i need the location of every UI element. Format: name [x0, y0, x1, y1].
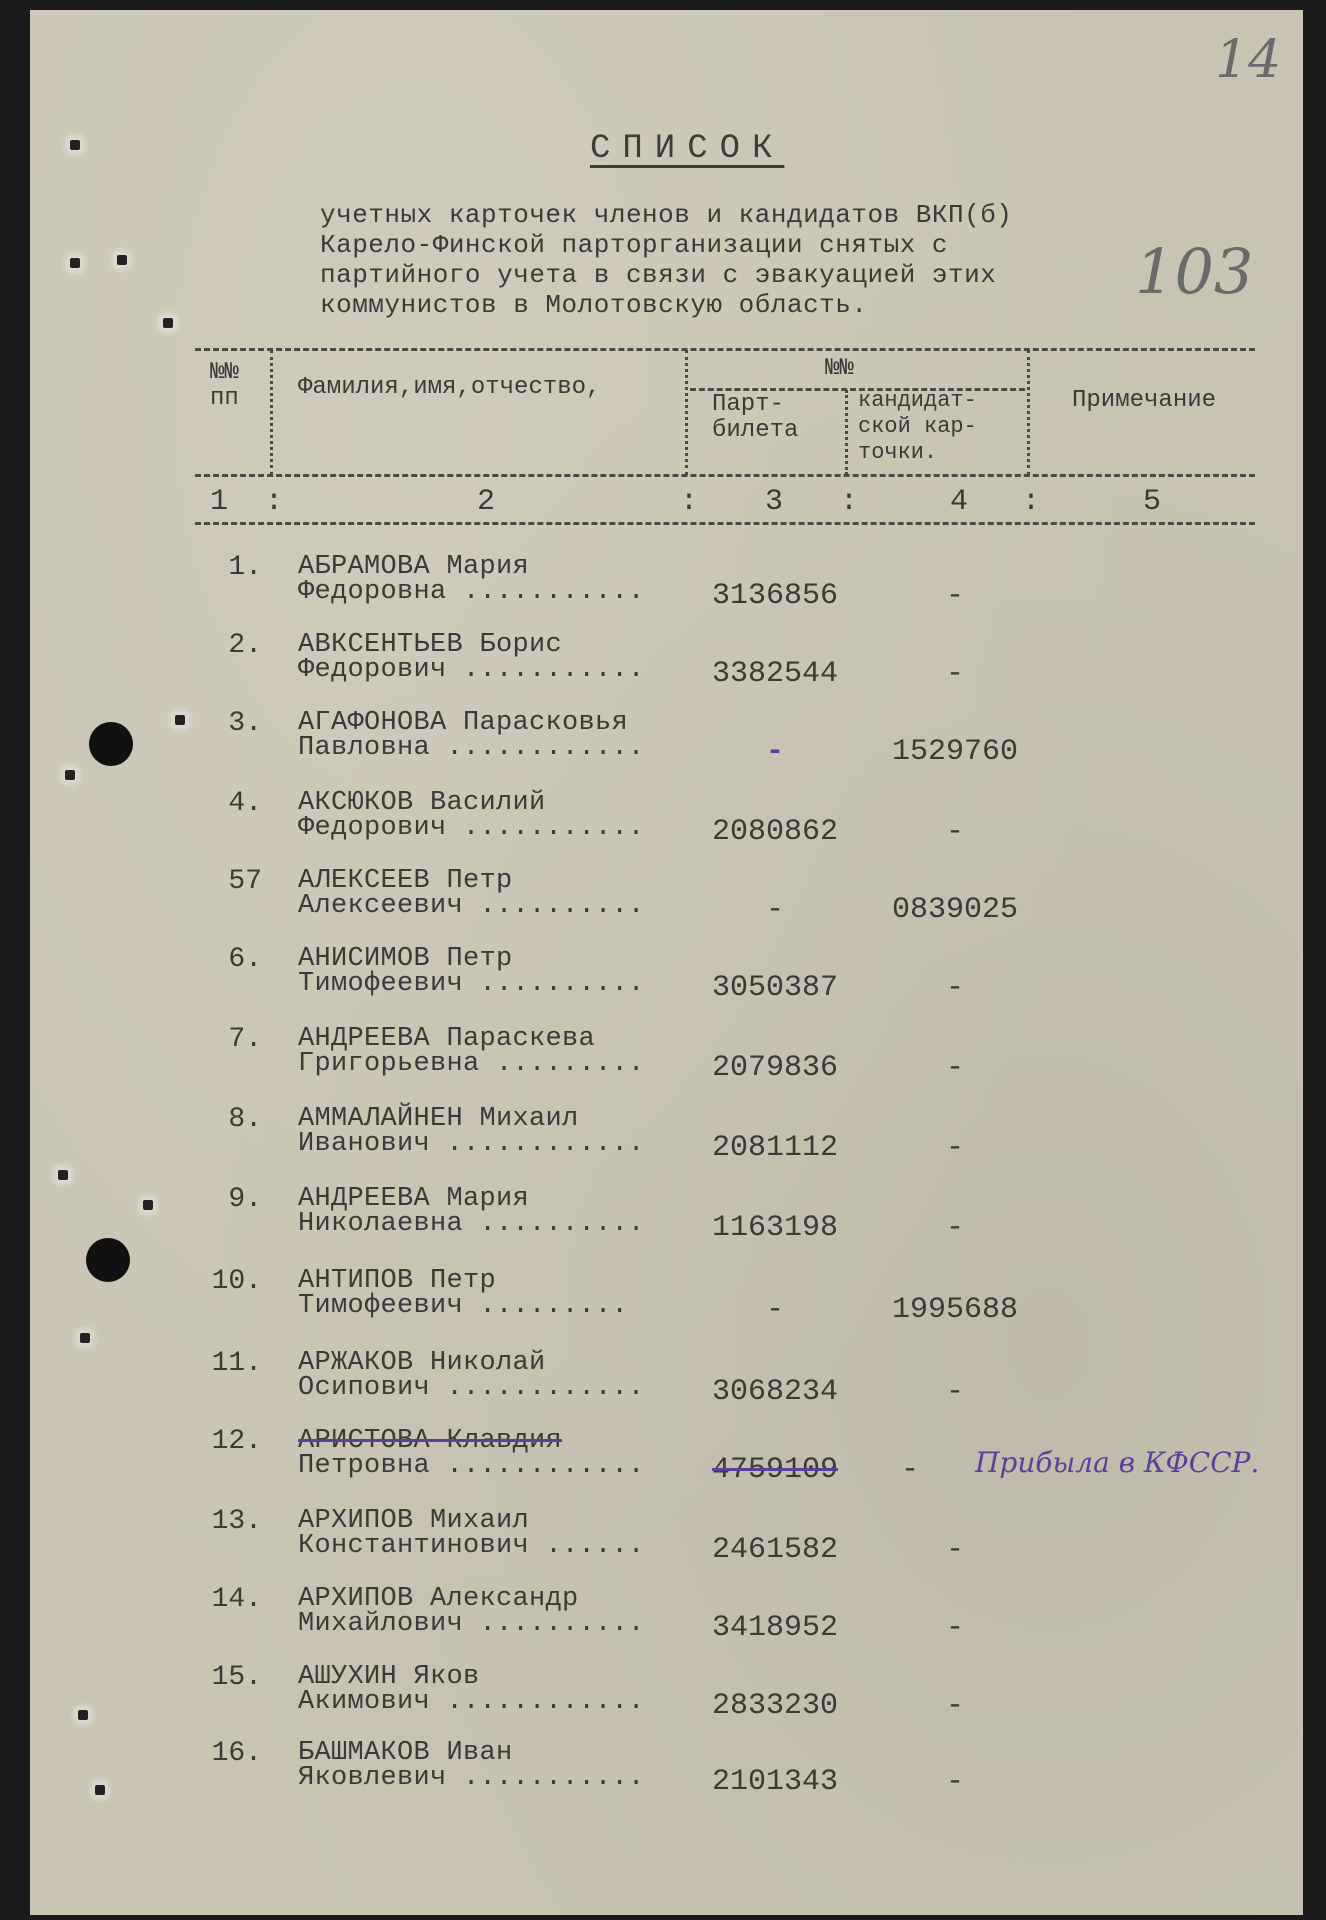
- candidate-card-number: -: [880, 1211, 1030, 1245]
- candidate-card-number: -: [880, 1611, 1030, 1645]
- column-divider: [270, 350, 273, 475]
- party-card-number: 2079836: [705, 1051, 845, 1085]
- column-divider: [845, 390, 848, 475]
- pencil-page-number: 14: [1215, 30, 1281, 90]
- table-row: 14. АРХИПОВ Александр Михайлович .......…: [0, 1584, 1326, 1654]
- row-number: 9.: [200, 1184, 262, 1215]
- row-number: 16.: [200, 1738, 262, 1769]
- header-party-card: Парт- билета: [712, 392, 798, 444]
- party-card-number: 3382544: [705, 657, 845, 691]
- patronymic: Михайлович ..........: [298, 1609, 645, 1639]
- candidate-card-number: -: [880, 657, 1030, 691]
- table-row: 4. АКСЮКОВ Василий Федорович ...........…: [0, 788, 1326, 858]
- pencil-folio-number: 103: [1135, 235, 1253, 308]
- column-divider: [1027, 350, 1030, 475]
- party-card-number: 2101343: [705, 1765, 845, 1799]
- row-number: 13.: [200, 1506, 262, 1537]
- header-fullname: Фамилия,имя,отчество,: [298, 375, 600, 401]
- patronymic: Тимофеевич .........: [298, 1291, 628, 1321]
- candidate-card-number: -: [880, 1131, 1030, 1165]
- header-bottom-border: [195, 474, 1255, 477]
- column-number-3: 3: [765, 485, 783, 519]
- table-row: 57 АЛЕКСЕЕВ Петр Алексеевич .......... -…: [0, 866, 1326, 936]
- party-card-number: 3068234: [705, 1375, 845, 1409]
- patronymic: Петровна ............: [298, 1451, 645, 1481]
- row-number: 8.: [200, 1104, 262, 1135]
- table-row: 8. АММАЛАЙНЕН Михаил Иванович ..........…: [0, 1104, 1326, 1174]
- table-row: 10. АНТИПОВ Петр Тимофеевич ......... - …: [0, 1266, 1326, 1336]
- column-number-4: 4: [950, 485, 968, 519]
- document-subtitle: учетных карточек членов и кандидатов ВКП…: [320, 200, 1120, 320]
- column-divider-mark: :: [1022, 485, 1040, 519]
- table-row: 16. БАШМАКОВ Иван Яковлевич ........... …: [0, 1738, 1326, 1808]
- document-title: СПИСОК: [590, 130, 784, 168]
- party-card-number: 3418952: [705, 1611, 845, 1645]
- column-number-5: 5: [1143, 485, 1161, 519]
- table-row: 3. АГАФОНОВА Парасковья Павловна .......…: [0, 708, 1326, 778]
- candidate-card-number: -: [880, 1533, 1030, 1567]
- column-divider-mark: :: [265, 485, 283, 519]
- table-row: 6. АНИСИМОВ Петр Тимофеевич .......... 3…: [0, 944, 1326, 1014]
- party-card-number: 2080862: [705, 815, 845, 849]
- row-number: 4.: [200, 788, 262, 819]
- table-row: 7. АНДРЕЕВА Параскева Григорьевна ......…: [0, 1024, 1326, 1094]
- staple-hole: [70, 258, 80, 268]
- party-card-number: 3136856: [705, 579, 845, 613]
- row-number: 57: [200, 866, 262, 897]
- column-number-2: 2: [477, 485, 495, 519]
- candidate-card-number: -: [880, 1765, 1030, 1799]
- candidate-card-number: -: [880, 1689, 1030, 1723]
- patronymic: Константинович ......: [298, 1531, 645, 1561]
- candidate-card-number: 1529760: [880, 735, 1030, 769]
- column-number-1: 1: [210, 485, 228, 519]
- column-numbers-bottom-border: [195, 522, 1255, 525]
- table-top-border: [195, 348, 1255, 351]
- header-numbers-group: №№: [825, 356, 854, 382]
- table-row: 1. АБРАМОВА Мария Федоровна ........... …: [0, 552, 1326, 622]
- column-divider-mark: :: [840, 485, 858, 519]
- table-row: 13. АРХИПОВ Михаил Константинович ......…: [0, 1506, 1326, 1576]
- party-card-number: 2081112: [705, 1131, 845, 1165]
- table-row: 9. АНДРЕЕВА Мария Николаевна .......... …: [0, 1184, 1326, 1254]
- party-card-number: -: [705, 893, 845, 927]
- candidate-card-number: -: [880, 1375, 1030, 1409]
- party-card-number: 3050387: [705, 971, 845, 1005]
- table-row: 11. АРЖАКОВ Николай Осипович ...........…: [0, 1348, 1326, 1418]
- candidate-card-number: -: [880, 971, 1030, 1005]
- patronymic: Акимович ............: [298, 1687, 645, 1717]
- patronymic: Григорьевна .........: [298, 1049, 645, 1079]
- patronymic: Федоровна ...........: [298, 577, 645, 607]
- patronymic: Федорович ...........: [298, 813, 645, 843]
- candidate-card-number: -: [880, 815, 1030, 849]
- row-number: 7.: [200, 1024, 262, 1055]
- patronymic: Тимофеевич ..........: [298, 969, 645, 999]
- row-number: 3.: [200, 708, 262, 739]
- header-candidate-card: кандидат- ской кар- точки.: [858, 388, 977, 466]
- candidate-card-number: -: [880, 579, 1030, 613]
- table-row: 15. АШУХИН Яков Акимович ............ 28…: [0, 1662, 1326, 1732]
- patronymic: Николаевна ..........: [298, 1209, 645, 1239]
- staple-hole: [163, 318, 173, 328]
- party-card-number: -: [705, 1293, 845, 1327]
- header-note: Примечание: [1072, 388, 1216, 414]
- candidate-card-number: 0839025: [880, 893, 1030, 927]
- row-number: 2.: [200, 630, 262, 661]
- party-card-number: 1163198: [705, 1211, 845, 1245]
- candidate-card-number: -: [880, 1453, 940, 1487]
- row-number: 1.: [200, 552, 262, 583]
- row-number: 14.: [200, 1584, 262, 1615]
- row-number: 10.: [200, 1266, 262, 1297]
- staple-hole: [70, 140, 80, 150]
- patronymic: Яковлевич ...........: [298, 1763, 645, 1793]
- candidate-card-number: 1995688: [880, 1293, 1030, 1327]
- staple-hole: [117, 255, 127, 265]
- row-number: 6.: [200, 944, 262, 975]
- patronymic: Федорович ...........: [298, 655, 645, 685]
- party-card-number: 4759109: [705, 1453, 845, 1487]
- column-divider: [685, 350, 688, 475]
- party-card-number: 2461582: [705, 1533, 845, 1567]
- party-card-number: 2833230: [705, 1689, 845, 1723]
- column-divider-mark: :: [680, 485, 698, 519]
- table-row: 2. АВКСЕНТЬЕВ Борис Федорович ..........…: [0, 630, 1326, 700]
- handwritten-note: Прибыла в КФССР.: [975, 1446, 1259, 1479]
- header-number: №№ пп: [210, 360, 239, 412]
- table-row-struck: 12. АРИСТОВА Клавдия Петровна ..........…: [0, 1426, 1326, 1496]
- patronymic: Осипович ............: [298, 1373, 645, 1403]
- row-number: 12.: [200, 1426, 262, 1457]
- patronymic: Павловна ............: [298, 733, 645, 763]
- patronymic: Алексеевич ..........: [298, 891, 645, 921]
- candidate-card-number: -: [880, 1051, 1030, 1085]
- party-card-number: -: [705, 735, 845, 769]
- patronymic: Иванович ............: [298, 1129, 645, 1159]
- row-number: 15.: [200, 1662, 262, 1693]
- row-number: 11.: [200, 1348, 262, 1379]
